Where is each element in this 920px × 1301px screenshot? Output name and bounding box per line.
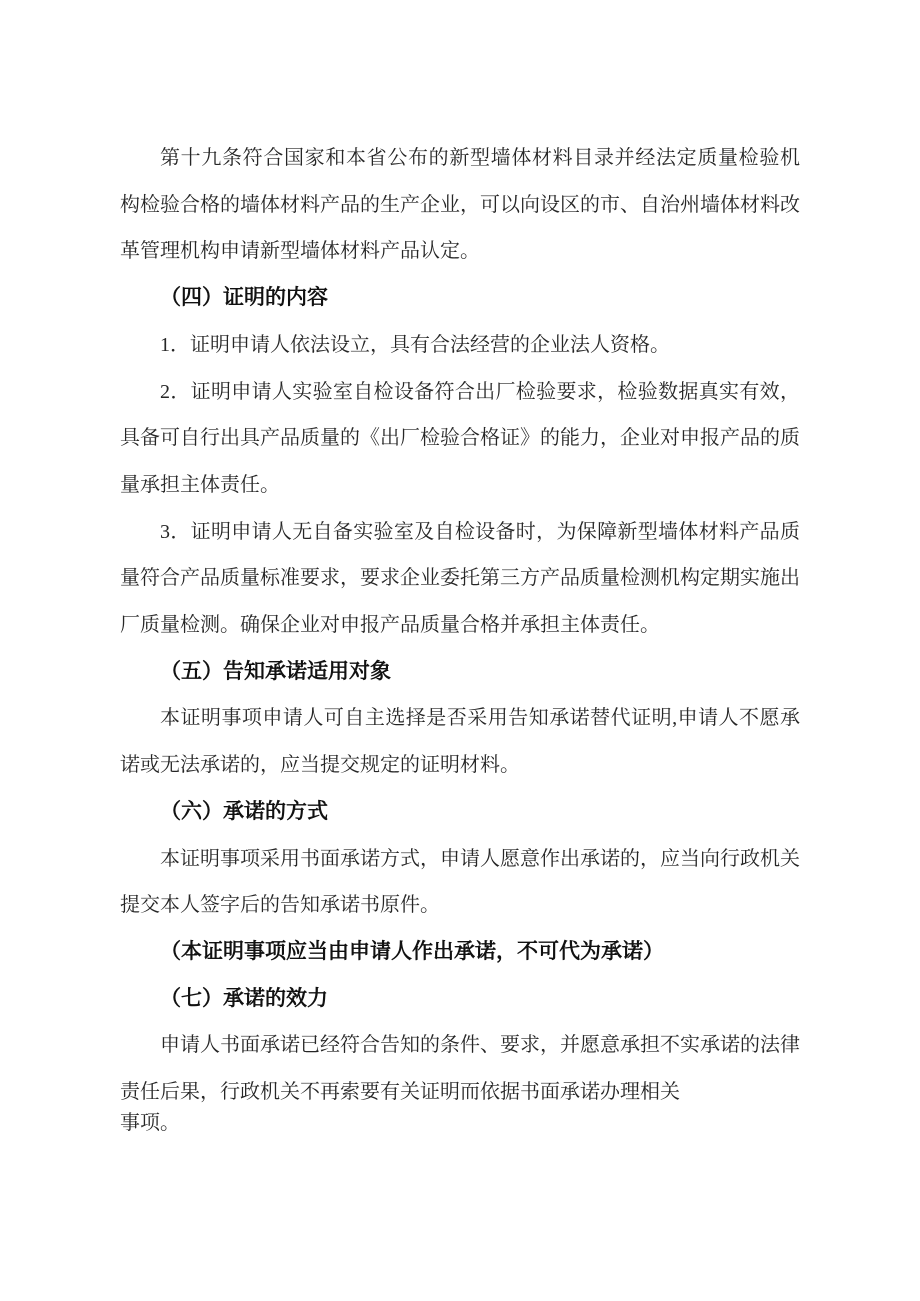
section-heading-six: （六）承诺的方式 bbox=[120, 789, 800, 836]
item-1-line-1: 1．证明申请人依法设立，具有合法经营的企业法人资格。 bbox=[120, 322, 800, 369]
section-six-line-2: 提交本人签字后的告知承诺书原件。 bbox=[120, 882, 800, 929]
section-six-line-1: 本证明事项采用书面承诺方式，申请人愿意作出承诺的，应当向行政机关 bbox=[120, 836, 800, 883]
item-2-line-3: 量承担主体责任。 bbox=[120, 462, 800, 509]
section-seven-line-2: 责任后果，行政机关不再索要有关证明而依据书面承诺办理相关 bbox=[120, 1069, 800, 1116]
article-19-line-1: 第十九条符合国家和本省公布的新型墙体材料目录并经法定质量检验机 bbox=[120, 135, 800, 182]
section-seven-line-3: 事项。 bbox=[120, 1113, 800, 1133]
section-seven-line-1: 申请人书面承诺已经符合告知的条件、要求，并愿意承担不实承诺的法律 bbox=[120, 1022, 800, 1069]
article-19-line-3: 革管理机构申请新型墙体材料产品认定。 bbox=[120, 228, 800, 275]
section-heading-five: （五）告知承诺适用对象 bbox=[120, 649, 800, 696]
section-heading-seven: （七）承诺的效力 bbox=[120, 976, 800, 1023]
item-2-line-1: 2．证明申请人实验室自检设备符合出厂检验要求，检验数据真实有效， bbox=[120, 369, 800, 416]
document-page: 第十九条符合国家和本省公布的新型墙体材料目录并经法定质量检验机 构检验合格的墙体… bbox=[0, 0, 920, 1301]
section-five-line-2: 诺或无法承诺的，应当提交规定的证明材料。 bbox=[120, 742, 800, 789]
article-19-line-2: 构检验合格的墙体材料产品的生产企业，可以向设区的市、自治州墙体材料改 bbox=[120, 182, 800, 229]
item-2-line-2: 具备可自行出具产品质量的《出厂检验合格证》的能力，企业对申报产品的质 bbox=[120, 415, 800, 462]
bold-note: （本证明事项应当由申请人作出承诺，不可代为承诺） bbox=[120, 929, 800, 976]
item-3-line-3: 厂质量检测。确保企业对申报产品质量合格并承担主体责任。 bbox=[120, 602, 800, 649]
item-3-line-1: 3．证明申请人无自备实验室及自检设备时，为保障新型墙体材料产品质 bbox=[120, 509, 800, 556]
item-3-line-2: 量符合产品质量标准要求，要求企业委托第三方产品质量检测机构定期实施出 bbox=[120, 555, 800, 602]
section-five-line-1: 本证明事项申请人可自主选择是否采用告知承诺替代证明,申请人不愿承 bbox=[120, 695, 800, 742]
section-heading-four: （四）证明的内容 bbox=[120, 275, 800, 322]
